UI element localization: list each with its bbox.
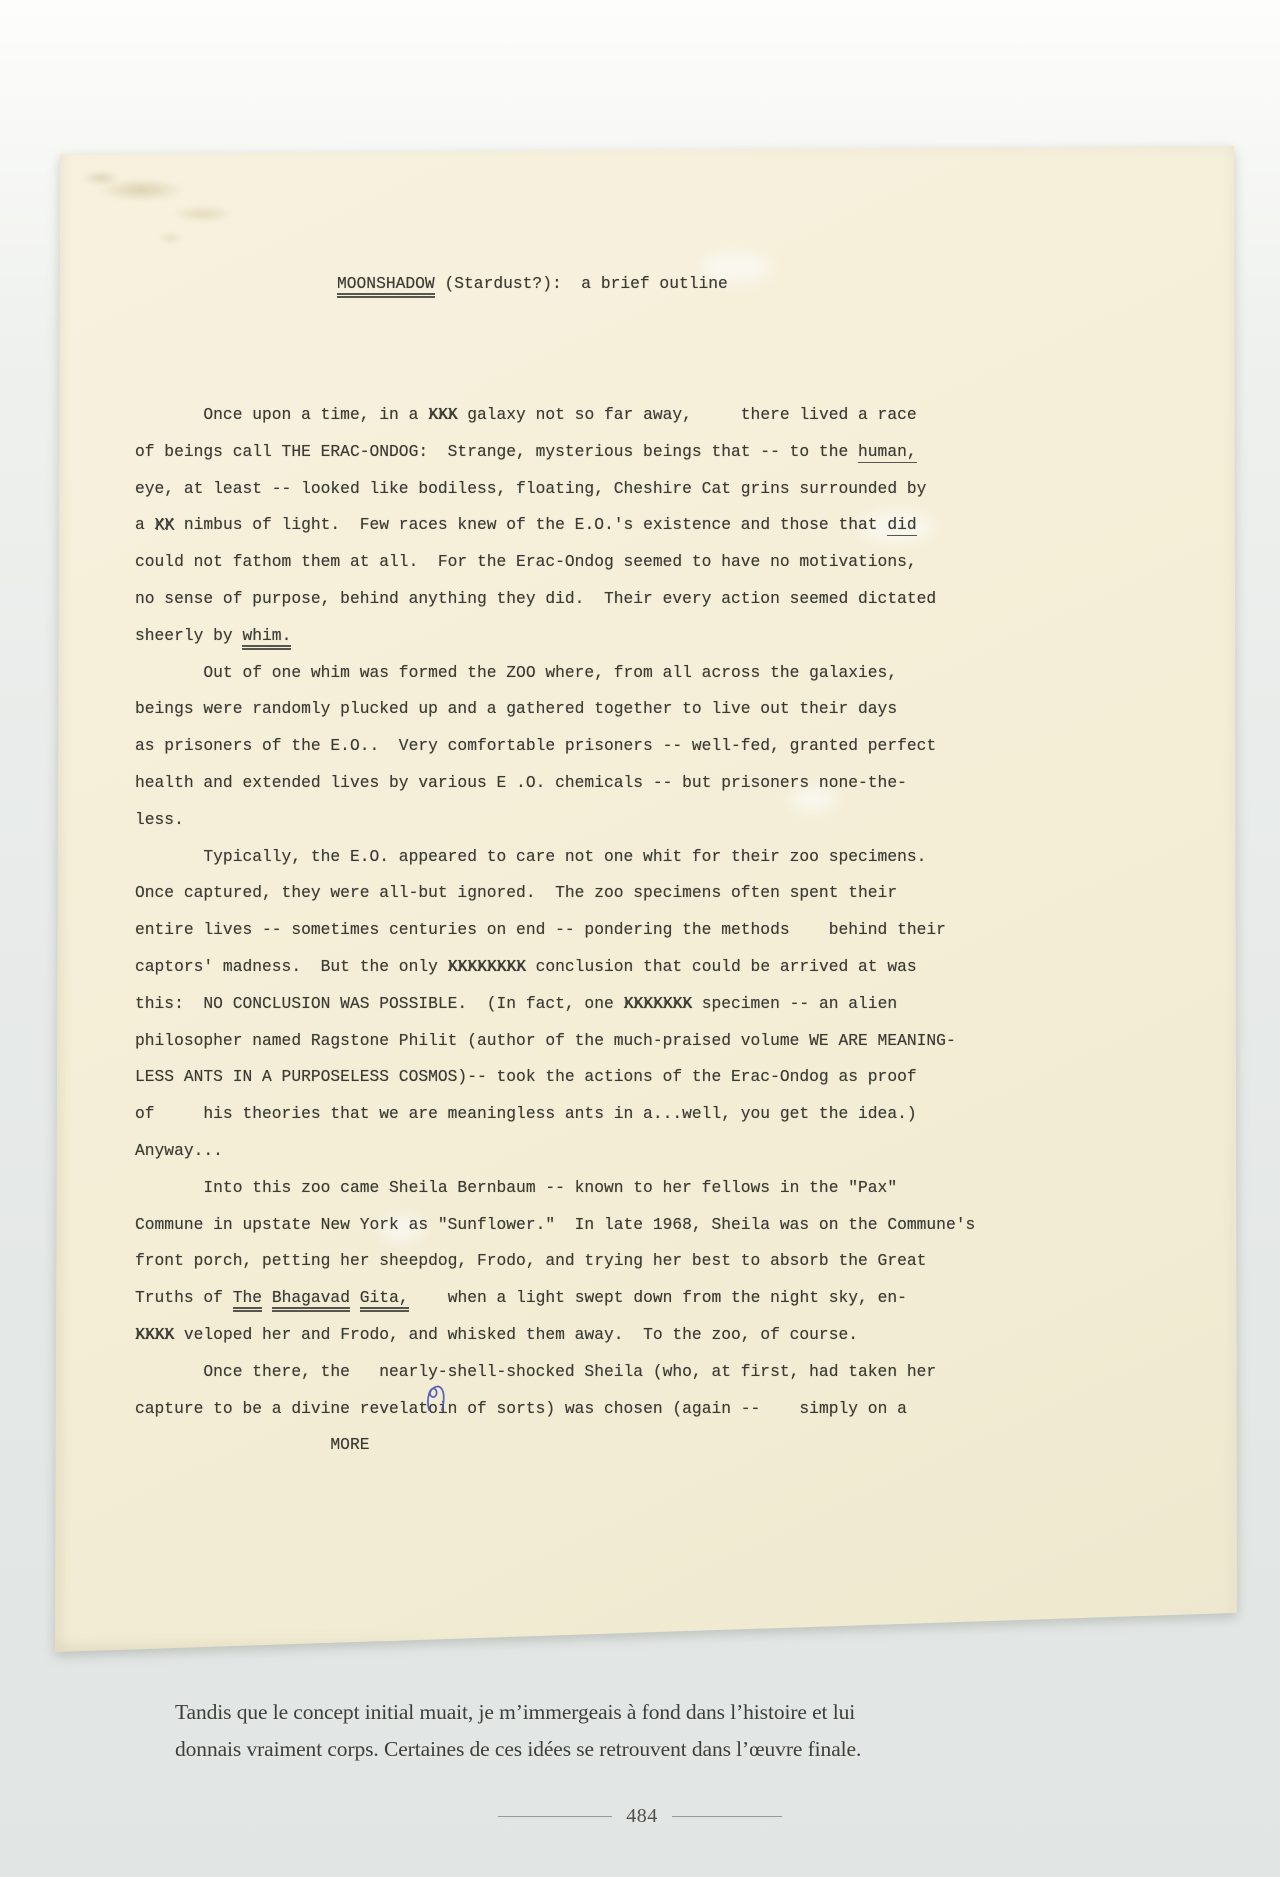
typed-line: Commune in upstate New York as "Sunflowe… xyxy=(135,1207,1175,1244)
scanned-typescript: MOONSHADOW (Stardust?): a brief outline … xyxy=(55,146,1237,1652)
typed-strikeover: XXXXXXXX xyxy=(448,949,526,986)
typed-line: of his theories that we are meaningless … xyxy=(135,1096,1175,1133)
typed-strikeover: XXXX xyxy=(135,1317,174,1354)
caption-line: Tandis que le concept initial muait, je … xyxy=(175,1694,965,1731)
typed-line: entire lives -- sometimes centuries on e… xyxy=(135,912,1175,949)
typed-line: of beings call THE ERAC-ONDOG: Strange, … xyxy=(135,434,1175,471)
typed-line: front porch, petting her sheepdog, Frodo… xyxy=(135,1243,1175,1280)
typed-line: health and extended lives by various E .… xyxy=(135,765,1175,802)
double-underlined-text: Bhagavad xyxy=(272,1288,350,1312)
typed-line: as prisoners of the E.O.. Very comfortab… xyxy=(135,728,1175,765)
double-underlined-text: The xyxy=(233,1288,262,1312)
typed-line: Truths of The Bhagavad Gita, when a ligh… xyxy=(135,1280,1175,1317)
typed-line: this: NO CONCLUSION WAS POSSIBLE. (In fa… xyxy=(135,986,1175,1023)
typed-line: less. xyxy=(135,802,1175,839)
page-footer: 484 xyxy=(0,1805,1280,1828)
transposed-letters: oi xyxy=(428,1391,448,1428)
underlined-text: human, xyxy=(858,442,917,463)
typed-line: philosopher named Ragstone Philit (autho… xyxy=(135,1023,1175,1060)
typed-line: Into this zoo came Sheila Bernbaum -- kn… xyxy=(135,1170,1175,1207)
typed-line: Once there, the nearly-shell-shocked She… xyxy=(135,1354,1175,1391)
typed-line: Once upon a time, in a XXX galaxy not so… xyxy=(135,397,1175,434)
typed-line: LESS ANTS IN A PURPOSELESS COSMOS)-- too… xyxy=(135,1059,1175,1096)
typed-line: XXXX veloped her and Frodo, and whisked … xyxy=(135,1317,1175,1354)
typed-line: Anyway... xyxy=(135,1133,1175,1170)
typed-line: Once captured, they were all-but ignored… xyxy=(135,875,1175,912)
typescript-body: Once upon a time, in a XXX galaxy not so… xyxy=(135,397,1175,1464)
typed-strikeover: XXX xyxy=(428,397,457,434)
book-page: { "typescript": { "title": "[d]MOONSHADO… xyxy=(0,0,1280,1877)
typewritten-text: MOONSHADOW (Stardust?): a brief outline … xyxy=(135,192,1175,1538)
page-number-rule-right xyxy=(672,1816,782,1817)
typescript-title: MOONSHADOW (Stardust?): a brief outline xyxy=(135,266,1175,303)
page-number: 484 xyxy=(626,1805,658,1828)
typed-line: MORE xyxy=(135,1427,1175,1464)
double-underlined-text: MOONSHADOW xyxy=(337,274,435,298)
typed-line: could not fathom them at all. For the Er… xyxy=(135,544,1175,581)
typed-line: sheerly by whim. xyxy=(135,618,1175,655)
typed-line: Out of one whim was formed the ZOO where… xyxy=(135,655,1175,692)
typed-line: eye, at least -- looked like bodiless, f… xyxy=(135,471,1175,508)
caption-line: donnais vraiment corps. Certaines de ces… xyxy=(175,1731,965,1768)
double-underlined-text: whim. xyxy=(242,626,291,650)
typed-line: Typically, the E.O. appeared to care not… xyxy=(135,839,1175,876)
typed-line: no sense of purpose, behind anything the… xyxy=(135,581,1175,618)
underlined-text: did xyxy=(887,515,916,536)
typed-line: capture to be a divine revelatoin of sor… xyxy=(135,1391,1175,1428)
page-number-rule-left xyxy=(498,1816,612,1817)
typed-line: a XX nimbus of light. Few races knew of … xyxy=(135,507,1175,544)
typed-line: beings were randomly plucked up and a ga… xyxy=(135,691,1175,728)
double-underlined-text: Gita, xyxy=(360,1288,409,1312)
caption: Tandis que le concept initial muait, je … xyxy=(175,1694,965,1768)
typed-line: captors' madness. But the only XXXXXXXX … xyxy=(135,949,1175,986)
typed-strikeover: XX xyxy=(155,507,175,544)
typed-strikeover: XXXXXXX xyxy=(624,986,692,1023)
typescript-paper: MOONSHADOW (Stardust?): a brief outline … xyxy=(55,146,1237,1652)
